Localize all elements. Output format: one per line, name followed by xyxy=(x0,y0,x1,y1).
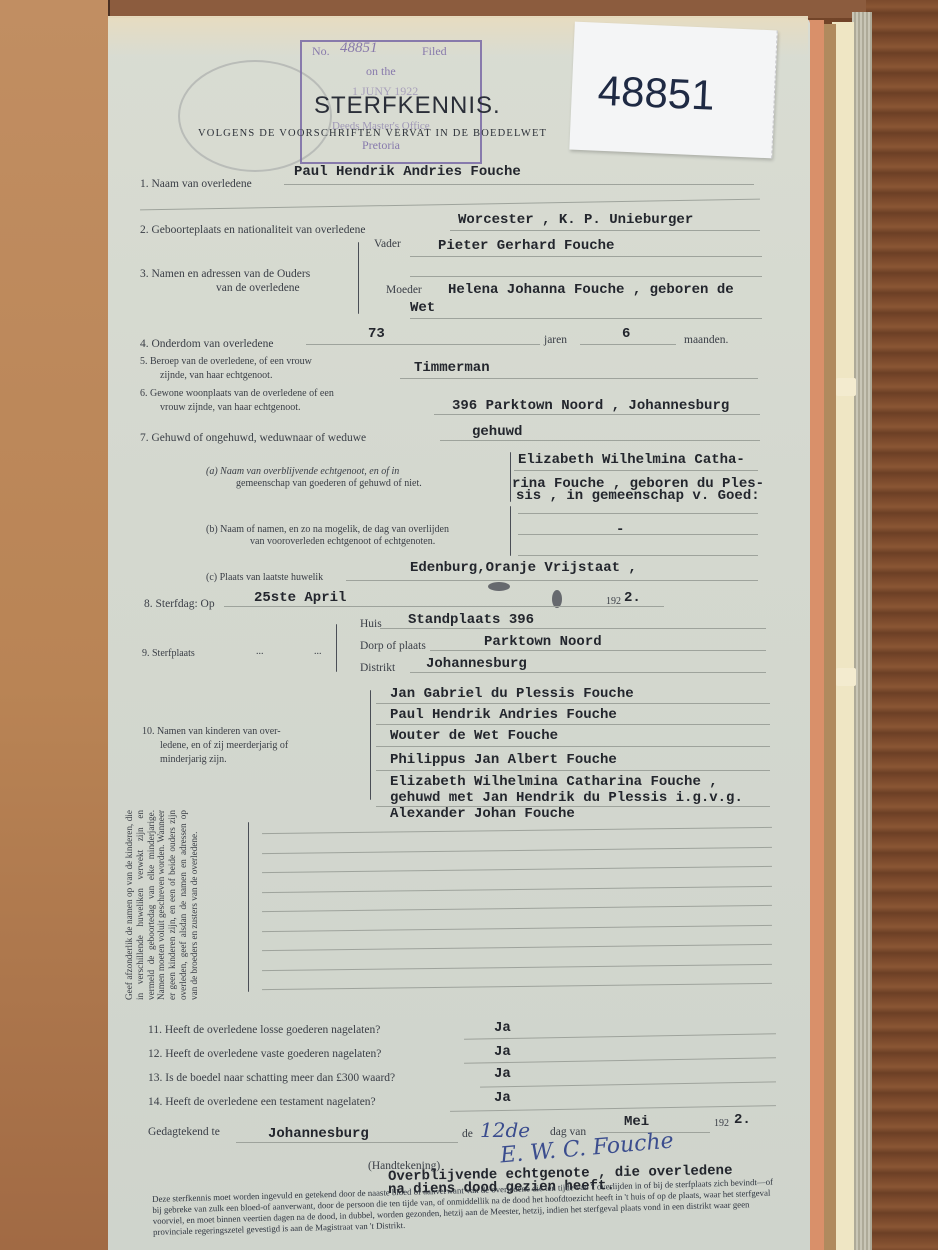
signing-place-label: Gedagtekend te xyxy=(148,1126,220,1138)
signing-day-label: de xyxy=(462,1128,473,1140)
signing-month-value: Mei xyxy=(624,1114,649,1130)
folder-cover-left xyxy=(0,0,110,1250)
field-13-label: 13. Is de boedel naar schatting meer dan… xyxy=(148,1072,395,1084)
field-1-label: 1. Naam van overledene xyxy=(140,178,252,190)
brace xyxy=(248,822,249,992)
field-10-label-1: 10. Namen van kinderen van over- xyxy=(142,726,281,737)
field-10-label-3: minderjarig zijn. xyxy=(160,754,227,765)
stamp-filed: Filed xyxy=(422,44,447,59)
field-4-label: 4. Onderdom van overledene xyxy=(140,338,273,350)
death-year-prefix: 192 xyxy=(606,596,621,607)
brace xyxy=(336,624,337,672)
field-7b-label-1: (b) Naam of namen, en zo na mogelik, de … xyxy=(206,524,449,535)
field-9-label: 9. Sterfplaats xyxy=(142,648,195,659)
brace xyxy=(370,690,371,800)
town-label: Dorp of plaats xyxy=(360,640,426,652)
child-5-note: gehuwd met Jan Hendrik du Plessis i.g.v.… xyxy=(390,790,743,806)
death-year-suffix: 2. xyxy=(624,590,641,606)
spouse-value-1: Elizabeth Wilhelmina Catha- xyxy=(518,452,745,468)
document-title: STERFKENNIS. xyxy=(314,92,501,120)
years-label: jaren xyxy=(544,334,567,346)
field-6-label-2: vrouw zijnde, van haar echtgenoot. xyxy=(160,402,301,413)
age-months: 6 xyxy=(622,326,630,342)
rule xyxy=(376,746,770,747)
field-14-value: Ja xyxy=(494,1090,511,1106)
field-11-value: Ja xyxy=(494,1020,511,1036)
field-2-value: Worcester , K. P. Unieburger xyxy=(458,212,693,228)
rule xyxy=(580,344,676,345)
field-7a-label-1: (a) Naam van overblijvende echtgenoot, e… xyxy=(206,466,399,477)
house-label: Huis xyxy=(360,618,382,630)
dots: ... xyxy=(314,646,322,657)
rule xyxy=(514,470,758,471)
signing-year-suffix: 2. xyxy=(734,1112,751,1128)
field-7-label: 7. Gehuwd of ongehuwd, weduwnaar of wedu… xyxy=(140,432,366,444)
rule xyxy=(400,378,758,379)
rule xyxy=(450,230,760,231)
rule xyxy=(410,256,762,257)
child-3: Wouter de Wet Fouche xyxy=(390,728,558,744)
brace xyxy=(510,452,511,502)
death-date: 25ste April xyxy=(254,590,346,606)
rule xyxy=(236,1142,458,1143)
archive-number: 48851 xyxy=(597,67,716,120)
underlying-page-edge xyxy=(822,24,836,1250)
child-2: Paul Hendrik Andries Fouche xyxy=(390,707,617,723)
signing-day-value: 12de xyxy=(480,1118,530,1142)
mother-value-1: Helena Johanna Fouche , geboren de xyxy=(448,282,734,298)
wood-surface-right xyxy=(866,0,938,1250)
rule xyxy=(376,703,770,704)
field-2-label: 2. Geboorteplaats en nationaliteit van o… xyxy=(140,224,365,236)
field-7c-label: (c) Plaats van laatste huwelik xyxy=(206,572,323,583)
rule xyxy=(518,555,758,556)
signing-place-value: Johannesburg xyxy=(268,1126,369,1142)
field-3-label-1: 3. Namen en adressen van de Ouders xyxy=(140,268,310,280)
document-subtitle: VOLGENS DE VOORSCHRIFTEN VERVAT IN DE BO… xyxy=(198,128,547,139)
page-tab xyxy=(836,378,856,396)
spouse-value-3: sis , in gemeenschap v. Goed: xyxy=(516,488,760,504)
signing-year-prefix: 192 xyxy=(714,1118,729,1129)
town-value: Parktown Noord xyxy=(484,634,602,650)
field-7b-value: - xyxy=(616,522,624,538)
child-1: Jan Gabriel du Plessis Fouche xyxy=(390,686,634,702)
district-value: Johannesburg xyxy=(426,656,527,672)
rule xyxy=(306,344,540,345)
field-6-value: 396 Parktown Noord , Johannesburg xyxy=(452,398,729,414)
brace xyxy=(358,242,359,314)
field-8-label: 8. Sterfdag: Op xyxy=(144,598,215,610)
children-instruction-note: Geef afzonderlik de namen op van de kind… xyxy=(124,810,200,1000)
stamp-no-prefix: No. xyxy=(312,44,330,59)
stamp-number: 48851 xyxy=(340,40,378,57)
field-7-value: gehuwd xyxy=(472,424,522,440)
field-5-label-1: 5. Beroep van de overledene, of een vrou… xyxy=(140,356,312,367)
field-3-label-2: van de overledene xyxy=(216,282,300,294)
brace xyxy=(510,506,511,556)
page-tab xyxy=(836,668,856,686)
months-label: maanden. xyxy=(684,334,728,346)
field-11-label: 11. Heeft de overledene losse goederen n… xyxy=(148,1024,380,1036)
field-5-value: Timmerman xyxy=(414,360,490,376)
field-12-value: Ja xyxy=(494,1044,511,1060)
rule xyxy=(376,724,770,725)
rule xyxy=(380,628,766,629)
rule xyxy=(346,580,758,581)
field-13-value: Ja xyxy=(494,1066,511,1082)
rule xyxy=(284,184,754,185)
rule xyxy=(376,770,770,771)
field-7a-label-2: gemeenschap van goederen of gehuwd of ni… xyxy=(236,478,422,489)
father-value: Pieter Gerhard Fouche xyxy=(438,238,614,254)
field-1-value: Paul Hendrik Andries Fouche xyxy=(294,164,521,180)
child-6: Alexander Johan Fouche xyxy=(390,806,575,822)
field-6-label-1: 6. Gewone woonplaats van de overledene o… xyxy=(140,388,334,399)
archive-number-label: 48851 xyxy=(569,22,777,159)
field-12-label: 12. Heeft de overledene vaste goederen n… xyxy=(148,1048,381,1060)
rule xyxy=(430,650,766,651)
rule xyxy=(410,672,766,673)
field-14-label: 14. Heeft de overledene een testament na… xyxy=(148,1096,376,1108)
ink-blot xyxy=(488,582,510,591)
stamp-city: Pretoria xyxy=(362,138,400,153)
mother-value-2: Wet xyxy=(410,300,435,316)
binding-cloth xyxy=(852,12,872,1250)
rule xyxy=(440,440,760,441)
rule xyxy=(224,606,664,607)
rule xyxy=(410,276,762,277)
mother-label: Moeder xyxy=(386,284,422,296)
stamp-on-the: on the xyxy=(366,64,396,79)
rule xyxy=(518,534,758,535)
age-years: 73 xyxy=(368,326,385,342)
field-10-label-2: ledene, en of zij meerderjarig of xyxy=(160,740,288,751)
field-7b-label-2: van vooroverleden echtgenoot of echtgeno… xyxy=(250,536,435,547)
death-notice-page xyxy=(108,18,810,1250)
father-label: Vader xyxy=(374,238,401,250)
child-5: Elizabeth Wilhelmina Catharina Fouche , xyxy=(390,774,718,790)
district-label: Distrikt xyxy=(360,662,395,674)
child-4: Philippus Jan Albert Fouche xyxy=(390,752,617,768)
rule xyxy=(518,513,758,514)
dots: ... xyxy=(256,646,264,657)
rule xyxy=(410,318,762,319)
rule xyxy=(434,414,760,415)
underlying-page-edge xyxy=(808,20,824,1250)
field-5-label-2: zijnde, van haar echtgenoot. xyxy=(160,370,272,381)
house-value: Standplaats 396 xyxy=(408,612,534,628)
field-7c-value: Edenburg,Oranje Vrijstaat , xyxy=(410,560,637,576)
